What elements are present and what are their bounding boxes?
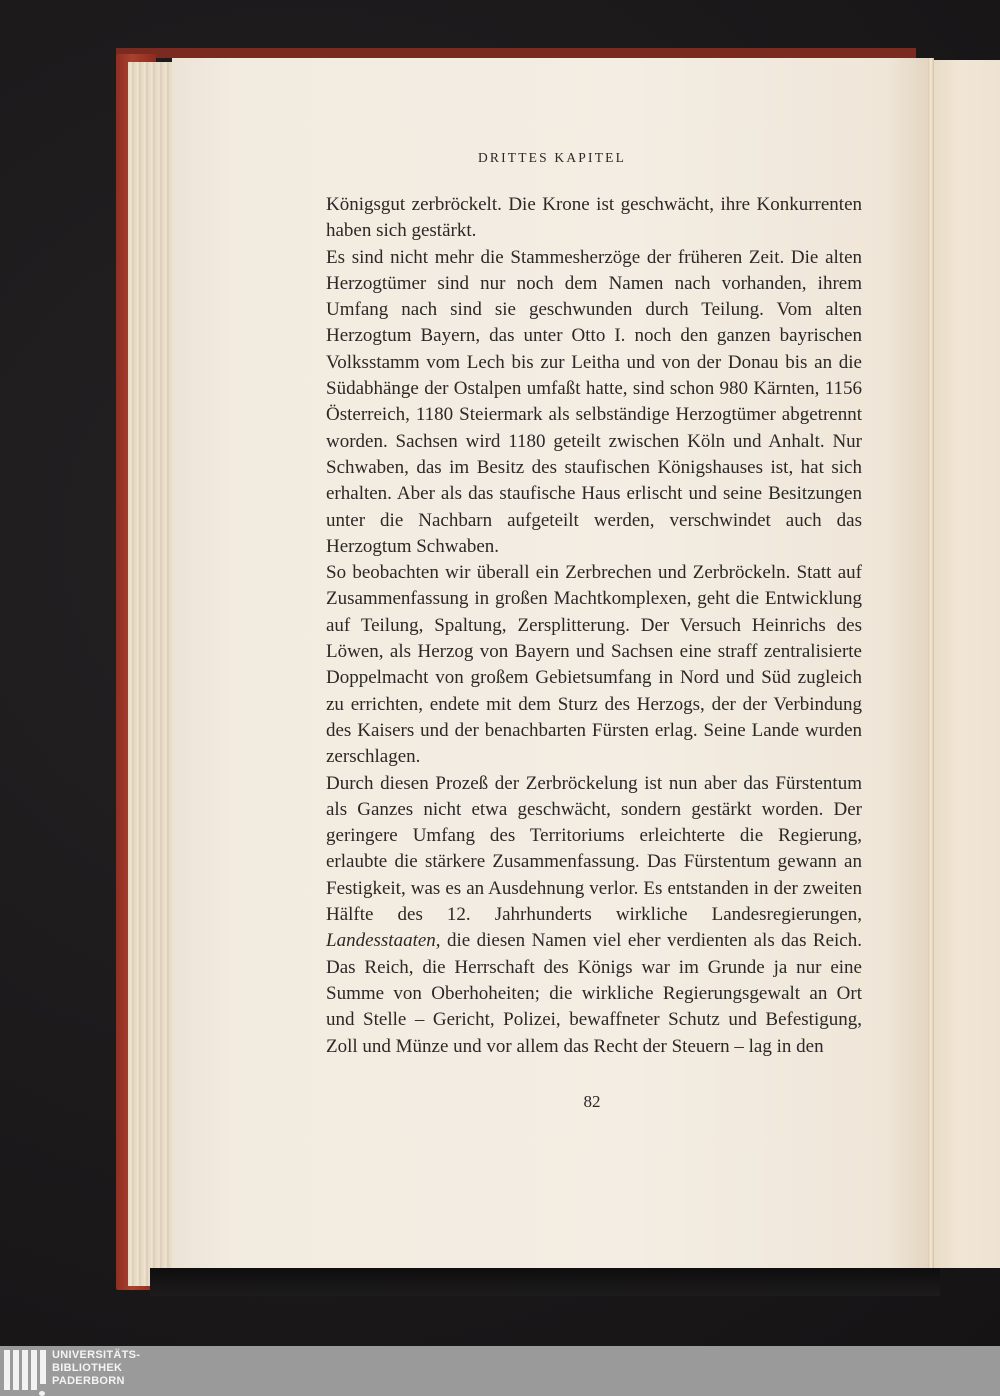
library-name-line-3: PADERBORN	[52, 1375, 140, 1388]
library-name: UNIVERSITÄTS- BIBLIOTHEK PADERBORN	[52, 1349, 140, 1388]
book-cover-top-edge	[116, 48, 916, 58]
text-line: laubte die stärkere Zusammenfassung. Das…	[341, 851, 862, 872]
text-line: Summe von Oberhoheiten; die wirkliche Re…	[326, 983, 862, 1004]
text-line: haben sich gestärkt.	[326, 220, 476, 241]
running-head: DRITTES KAPITEL	[172, 150, 932, 166]
page-number: 82	[172, 1092, 1000, 1112]
paragraph-2: Es sind nicht mehr die Stammesherzöge de…	[326, 245, 862, 561]
italic-term-part-2: desstaaten	[356, 930, 436, 951]
paragraph-1: Königsgut zerbröckelt. Die Krone ist ges…	[326, 192, 862, 245]
text-line: , die diesen Namen viel eher verdienten …	[436, 930, 862, 951]
text-line: So beobachten wir überall ein Zerbrechen…	[326, 562, 831, 583]
library-logo-icon	[2, 1346, 46, 1396]
text-line: Das Reich, die Herrschaft des Königs war…	[326, 957, 862, 978]
page-stack-edges	[128, 62, 176, 1286]
italic-term-part-1: Lan	[326, 930, 356, 951]
text-line: Es sind nicht mehr die Stammesherzöge de…	[326, 247, 818, 268]
text-line: Festigkeit, was es an Ausdehnung verlor.…	[326, 878, 839, 899]
text-line: Königsgut zerbröckelt. Die Krone ist ges…	[326, 194, 862, 215]
library-name-line-2: BIBLIOTHEK	[52, 1362, 140, 1375]
text-line: und Stelle – Gericht, Polizei, bewaffnet…	[326, 1009, 862, 1030]
paragraph-4: Durch diesen Prozeß der Zerbröckelung is…	[326, 771, 862, 1060]
library-footer: UNIVERSITÄTS- BIBLIOTHEK PADERBORN	[0, 1346, 1000, 1396]
text-line: Zoll und Münze und vor allem das Recht d…	[326, 1036, 824, 1057]
page-shadow	[150, 1268, 940, 1296]
library-name-line-1: UNIVERSITÄTS-	[52, 1349, 140, 1362]
book-page-right-edge	[934, 60, 1000, 1268]
paragraph-3: So beobachten wir überall ein Zerbrechen…	[326, 560, 862, 770]
text-line: Durch diesen Prozeß der Zerbröckelung is…	[326, 773, 862, 794]
body-text: Königsgut zerbröckelt. Die Krone ist ges…	[326, 192, 862, 1060]
